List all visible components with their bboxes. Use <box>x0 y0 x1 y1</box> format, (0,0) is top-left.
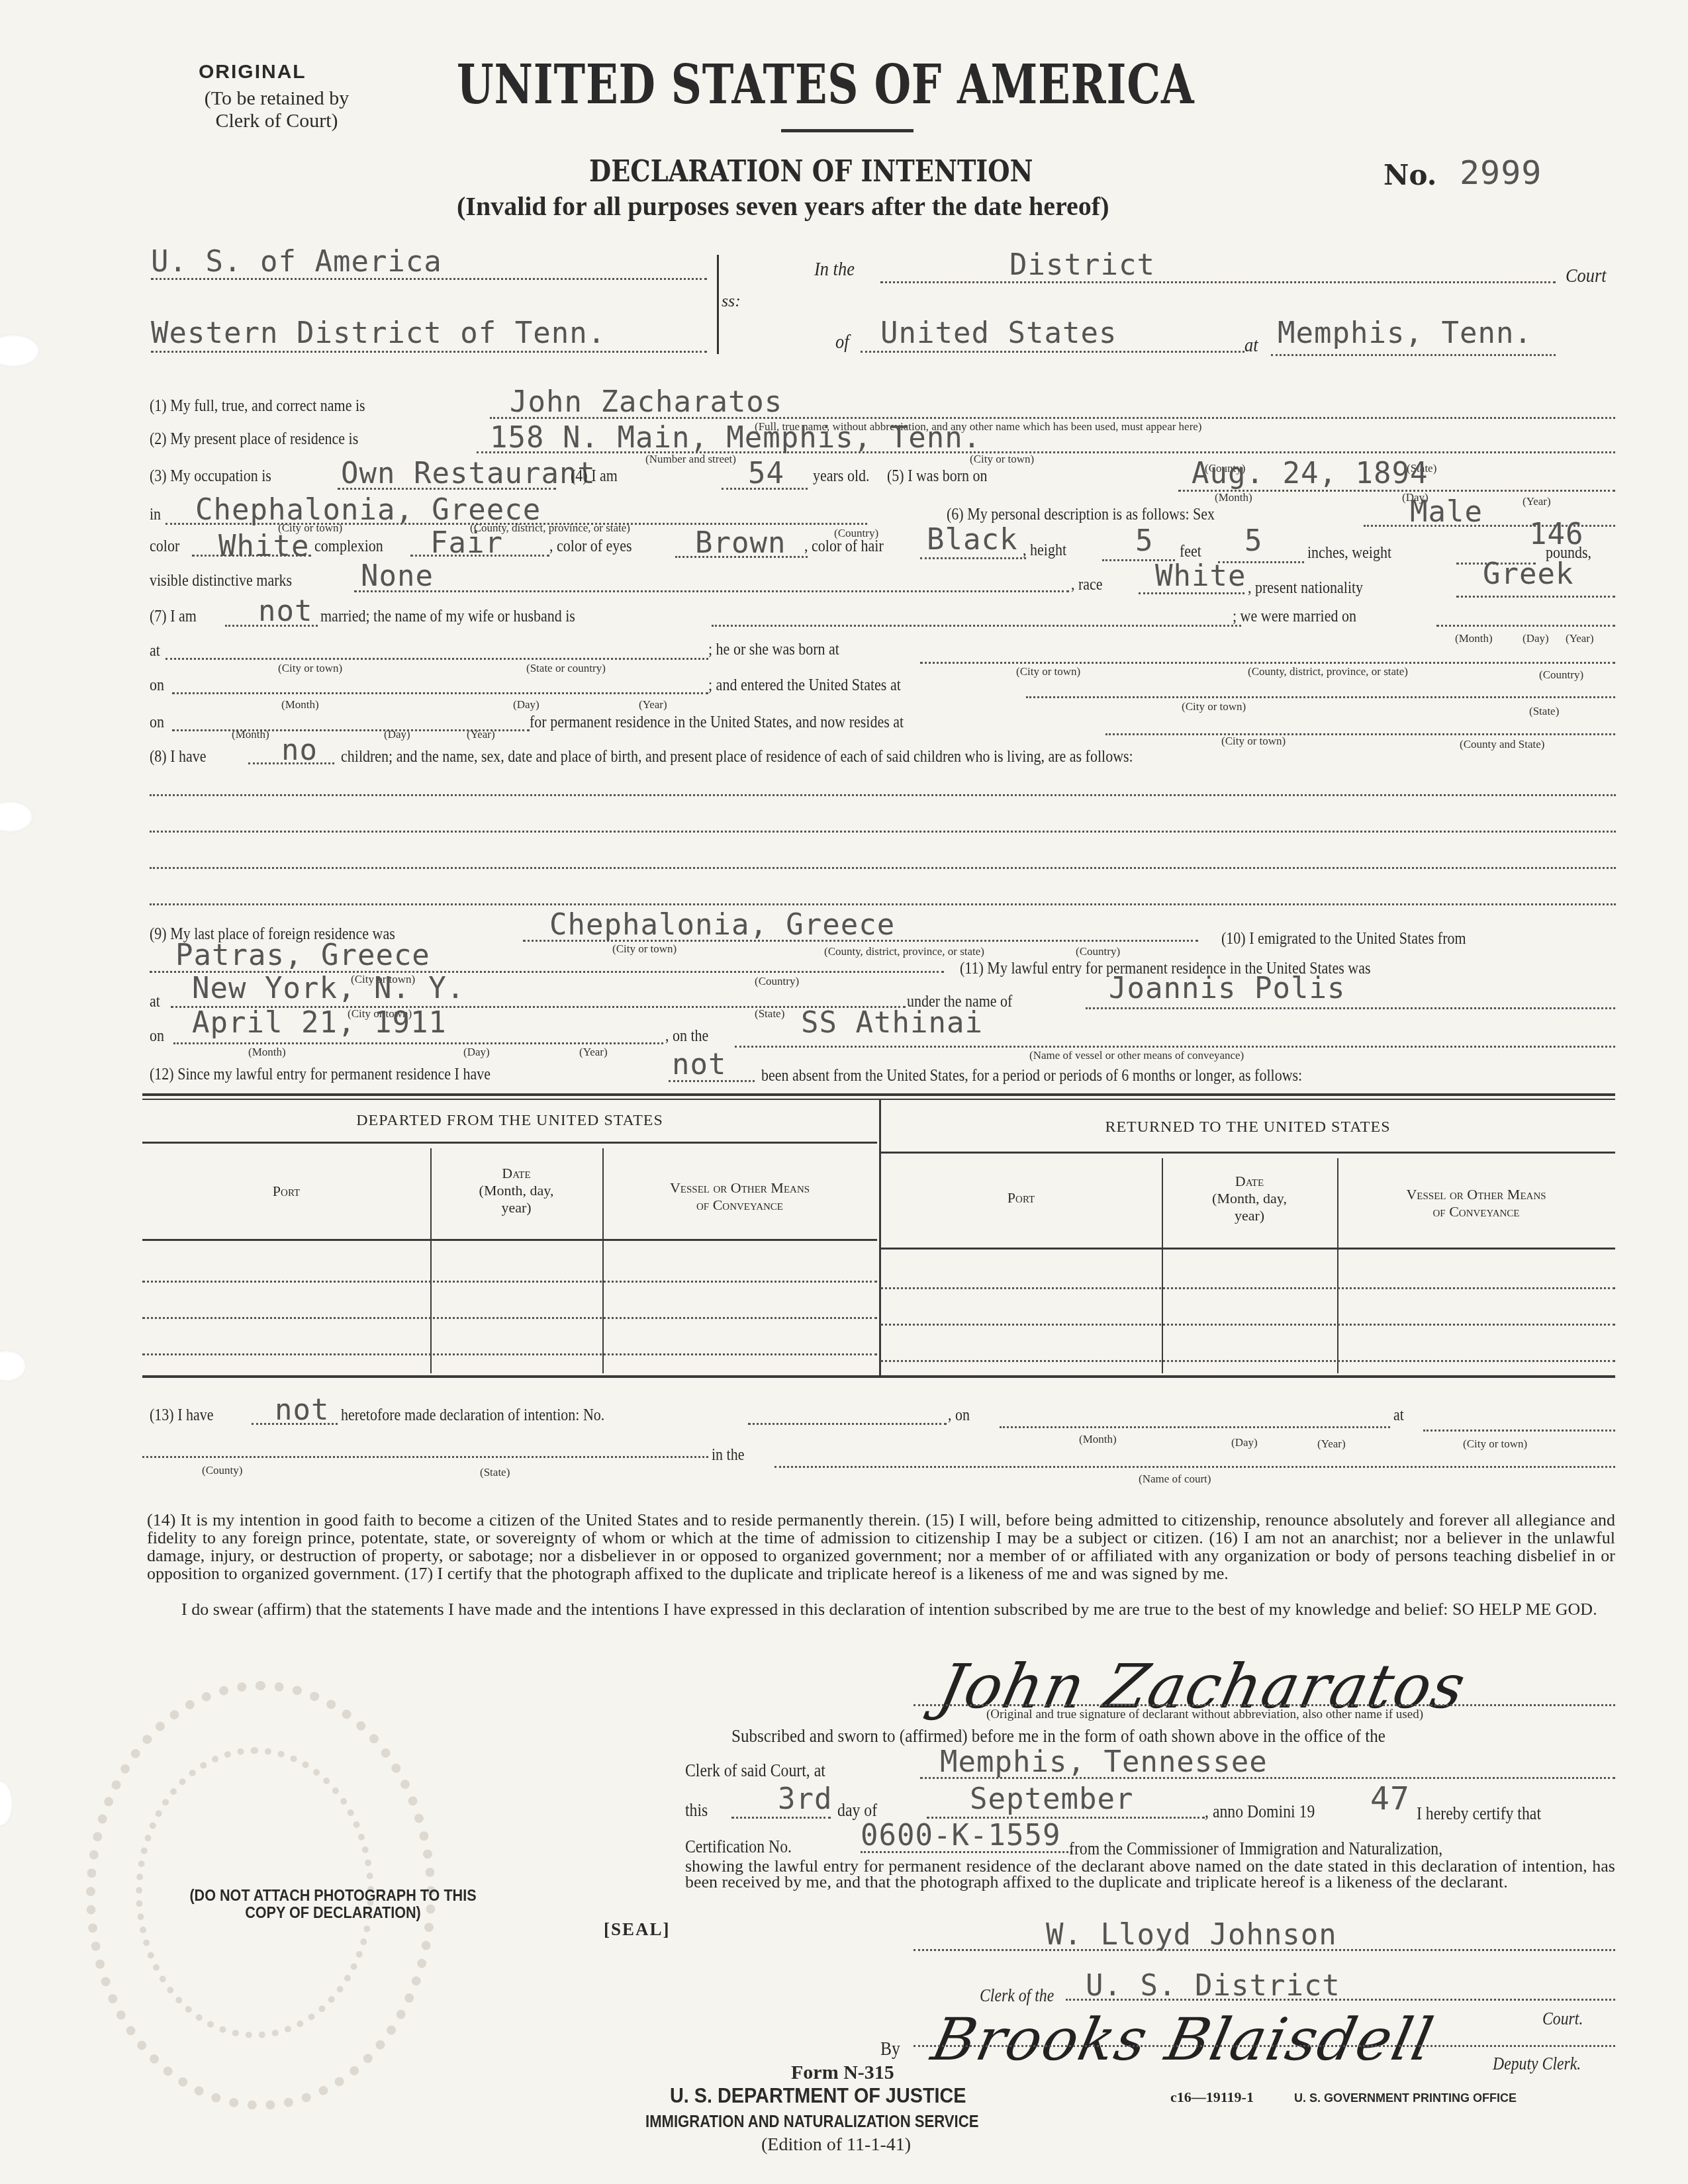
q8-label-b: children; and the name, sex, date and pl… <box>341 748 1133 766</box>
q13-caption-city: (City or town) <box>1463 1437 1527 1451</box>
q7-caption-year3: (Year) <box>467 728 495 741</box>
entry-vessel: SS Athinai <box>801 1006 983 1040</box>
q7-caption-month3: (Month) <box>232 728 269 741</box>
q13-in-the-label: in the <box>712 1446 745 1465</box>
q11-caption-state: (State) <box>755 1007 784 1021</box>
clerk-location: Memphis, Tennessee <box>940 1745 1268 1779</box>
complexion-label: complexion <box>314 537 383 556</box>
clerk-at-label: Clerk of said Court, at <box>685 1760 825 1781</box>
q7-caption-city2: (City or town) <box>1016 665 1080 678</box>
q7-caption-state1: (State or country) <box>526 662 606 675</box>
retained-note-line1: (To be retained by <box>151 87 402 110</box>
spouse-line <box>712 625 1241 627</box>
retained-note-line2: Clerk of Court) <box>151 110 402 132</box>
declaration-number: 2999 <box>1460 154 1542 192</box>
table-row[interactable] <box>880 1324 1615 1326</box>
vessel-header-line2: of Conveyance <box>1337 1203 1615 1220</box>
oath-paragraph: (14) It is my intention in good faith to… <box>147 1511 1615 1582</box>
venue-district: Western District of Tenn. <box>151 316 606 350</box>
spouse-residence-line <box>1105 733 1615 735</box>
q12-label-a: (12) Since my lawful entry for permanent… <box>150 1066 491 1084</box>
table-row[interactable] <box>880 1360 1615 1362</box>
full-name: John Zacharatos <box>510 385 782 419</box>
q4-line <box>722 488 808 490</box>
last-foreign-residence: Chephalonia, Greece <box>549 908 895 942</box>
q13-line <box>252 1423 338 1425</box>
q13-caption-day: (Day) <box>1231 1436 1258 1449</box>
photo-note-line2: COPY OF DECLARATION) <box>169 1905 497 1922</box>
q4-label: (4) I am <box>571 467 618 486</box>
q13-caption-county: (County) <box>202 1464 242 1477</box>
race-line <box>1139 592 1244 594</box>
q9-caption-country: (Country) <box>1076 945 1120 958</box>
retained-note: (To be retained by Clerk of Court) <box>151 87 402 132</box>
hair-color: Black <box>927 523 1017 557</box>
nationality-label: , present nationality <box>1248 579 1363 598</box>
oath-year: 47 <box>1370 1780 1410 1817</box>
clerk-court: U. S. District <box>1086 1969 1340 2003</box>
q11-at-label: at <box>150 993 160 1011</box>
entry-port: New York, N. Y. <box>192 972 465 1005</box>
q13-at-label: at <box>1393 1406 1404 1425</box>
venue-line <box>880 281 1556 283</box>
date-header-line1: Date <box>1162 1173 1337 1190</box>
prior-declaration-status: not <box>275 1393 329 1427</box>
table-col-rule <box>880 1248 1615 1250</box>
spouse-entry-date-line <box>172 692 708 694</box>
deputy-line <box>914 2045 1615 2047</box>
q9-caption-city: (City or town) <box>612 942 677 956</box>
q13-caption-month: (Month) <box>1079 1433 1117 1446</box>
hair-line <box>920 557 1026 559</box>
complexion-line <box>410 555 549 557</box>
q2-label: (2) My present place of residence is <box>150 430 358 449</box>
date-header-line3: year) <box>1162 1207 1337 1224</box>
spouse-birthplace-line <box>920 662 1615 664</box>
q12-label-b: been absent from the United States, for … <box>761 1067 1302 1085</box>
q7-line <box>225 625 318 627</box>
q3-line <box>338 488 556 490</box>
entry-vessel-line <box>735 1046 1615 1048</box>
inches-label: inches, weight <box>1307 544 1391 563</box>
q7-label-a: (7) I am <box>150 608 197 626</box>
table-row[interactable] <box>142 1353 877 1355</box>
q13-on-label: , on <box>948 1406 970 1425</box>
oath-month: September <box>970 1782 1133 1816</box>
edition: (Edition of 11-1-41) <box>761 2134 911 2156</box>
date-header-line1: Date <box>430 1165 602 1182</box>
prior-number-line <box>748 1423 947 1425</box>
departed-vessel-header: Vessel or Other Means of Conveyance <box>602 1179 877 1214</box>
by-label: By <box>880 2038 900 2060</box>
q4-suffix: years old. <box>813 467 870 486</box>
court-type: District <box>1009 248 1155 282</box>
returned-port-header: Port <box>880 1189 1162 1206</box>
children-line <box>150 867 1616 869</box>
subscribed-text: Subscribed and sworn to (affirmed) befor… <box>731 1726 1385 1747</box>
spouse-entry-place-line <box>1026 696 1615 698</box>
q7-label-b: married; the name of my wife or husband … <box>320 608 575 626</box>
q10-caption-country: (Country) <box>755 975 799 988</box>
venue-line <box>861 351 1244 353</box>
vessel-header-line2: of Conveyance <box>602 1197 877 1214</box>
marks-label: visible distinctive marks <box>150 572 292 590</box>
table-header-rule <box>880 1152 1615 1154</box>
q13-label-a: (13) I have <box>150 1406 214 1425</box>
print-code: c16—19119-1 <box>1170 2089 1254 2106</box>
eye-color: Brown <box>695 526 786 560</box>
prior-city-line <box>1423 1430 1615 1432</box>
table-bottom-rule <box>142 1375 1615 1378</box>
table-center-divider <box>879 1099 881 1377</box>
q5-label: (5) I was born on <box>887 467 988 486</box>
children-line <box>150 794 1616 796</box>
cert-text-2: showing the lawful entry for permanent r… <box>685 1858 1615 1890</box>
birthplace-label: in <box>150 506 161 524</box>
date-header-line3: year) <box>430 1199 602 1216</box>
returned-date-header: Date (Month, day, year) <box>1162 1173 1337 1224</box>
married-date-line <box>1436 625 1615 627</box>
date-header-line2: (Month, day, <box>430 1182 602 1199</box>
q1-label: (1) My full, true, and correct name is <box>150 397 365 416</box>
punch-hole <box>0 801 33 833</box>
signature-line <box>914 1704 1615 1706</box>
q12-line <box>669 1080 755 1082</box>
q2-caption-street: (Number and street) <box>645 453 736 466</box>
day-of-label: day of <box>837 1800 877 1821</box>
married-status: not <box>258 594 312 628</box>
q7-caption-month2: (Month) <box>281 698 319 711</box>
q11-caption-year: (Year) <box>579 1046 608 1059</box>
prior-county-line <box>142 1456 708 1458</box>
height-inches: 5 <box>1244 524 1263 558</box>
punch-hole <box>0 334 40 367</box>
q7-entered-label: ; and entered the United States at <box>708 676 901 695</box>
q7-on2-label: on <box>150 713 164 732</box>
punch-hole <box>0 1350 26 1382</box>
height-feet: 5 <box>1135 524 1154 558</box>
entry-name-line <box>1086 1007 1615 1009</box>
department: U. S. DEPARTMENT OF JUSTICE <box>670 2083 966 2108</box>
race-label: , race <box>1071 576 1103 594</box>
age: 54 <box>748 457 784 490</box>
table-row[interactable] <box>142 1317 877 1319</box>
q13-caption-year: (Year) <box>1317 1437 1346 1451</box>
q7-caption-day2: (Day) <box>513 698 539 711</box>
clerk-name-line <box>914 1949 1615 1951</box>
q11-vessel-caption: (Name of vessel or other means of convey… <box>1029 1049 1244 1062</box>
clerk-location-line <box>920 1777 1615 1779</box>
table-top-rule <box>142 1093 1615 1096</box>
original-label: ORIGINAL <box>199 61 306 83</box>
clerk-name: W. Lloyd Johnson <box>1046 1918 1337 1952</box>
q1-line <box>490 417 1615 419</box>
q11-caption-day: (Day) <box>463 1046 490 1059</box>
at-label: at <box>1244 334 1258 357</box>
date-header-line2: (Month, day, <box>1162 1190 1337 1207</box>
vessel-header-line1: Vessel or Other Means <box>1337 1186 1615 1203</box>
q7-caption-city1: (City or town) <box>278 662 342 675</box>
returned-vessel-header: Vessel or Other Means of Conveyance <box>1337 1186 1615 1220</box>
married-place-line <box>165 658 708 660</box>
departed-port-header: Port <box>142 1183 430 1200</box>
validity-note: (Invalid for all purposes seven years af… <box>457 191 1109 222</box>
certification-number: 0600-K-1559 <box>861 1819 1060 1852</box>
height-label: , height <box>1023 541 1066 560</box>
q9-line <box>523 940 1198 942</box>
q7-residence-label: for permanent residence in the United St… <box>530 713 904 732</box>
q8-line <box>248 762 334 764</box>
photo-note-line1: (DO NOT ATTACH PHOTOGRAPH TO THIS <box>169 1888 497 1905</box>
emigrated-from: Patras, Greece <box>175 938 430 972</box>
court-of: United States <box>880 316 1117 350</box>
q7-caption-state3: (State) <box>1529 705 1559 718</box>
nationality: Greek <box>1483 557 1573 591</box>
q7-at-label: at <box>150 642 160 660</box>
signature-caption: (Original and true signature of declaran… <box>986 1707 1423 1722</box>
this-label: this <box>685 1800 708 1821</box>
q11-caption-month: (Month) <box>248 1046 286 1059</box>
eyes-label: , color of eyes <box>549 537 632 556</box>
distinctive-marks: None <box>361 559 434 593</box>
sex: Male <box>1410 495 1483 529</box>
q7-caption-month: (Month) <box>1455 632 1493 645</box>
venue-line <box>1271 354 1556 356</box>
punch-hole <box>0 1780 13 1827</box>
form-number: Form N-315 <box>791 2062 894 2084</box>
absence-status: not <box>672 1048 726 1081</box>
q7-caption-county4: (County and State) <box>1460 738 1544 751</box>
court-location: Memphis, Tenn. <box>1278 316 1532 350</box>
q10-label: (10) I emigrated to the United States fr… <box>1221 930 1466 948</box>
q11-vessel-label: , on the <box>665 1027 708 1046</box>
q7-caption-year: (Year) <box>1566 632 1594 645</box>
certify-label: I hereby certify that <box>1417 1803 1541 1824</box>
occupation: Own Restaurant <box>341 457 596 490</box>
document-subtitle: DECLARATION OF INTENTION <box>589 154 1033 189</box>
prior-court-line <box>774 1466 1615 1468</box>
seal-label: [SEAL] <box>604 1919 671 1940</box>
entry-date: April 21, 1911 <box>192 1006 447 1040</box>
anno-label: , anno Domini 19 <box>1205 1801 1315 1822</box>
clerk-court-line <box>1066 1999 1615 2001</box>
q7-caption-day: (Day) <box>1523 632 1549 645</box>
q2-caption-city: (City or town) <box>970 453 1034 466</box>
race: White <box>1155 559 1246 593</box>
eyes-line <box>675 556 808 558</box>
court-suffix-label: Court. <box>1542 2009 1583 2029</box>
ss-label: ss: <box>722 291 741 311</box>
in-the-label: In the <box>814 258 855 281</box>
q7-caption-country2: (Country) <box>1539 668 1583 682</box>
q8-label-a: (8) I have <box>150 748 207 766</box>
feet-label: feet <box>1180 543 1201 561</box>
q9-caption-county: (County, district, province, or state) <box>824 945 984 958</box>
departed-header: DEPARTED FROM THE UNITED STATES <box>142 1112 877 1129</box>
deputy-clerk-label: Deputy Clerk. <box>1493 2054 1581 2074</box>
q7-caption-city4: (City or town) <box>1221 735 1286 748</box>
q6-label: (6) My personal description is as follow… <box>947 506 1215 524</box>
returned-header: RETURNED TO THE UNITED STATES <box>880 1118 1615 1136</box>
venue-line <box>151 278 707 280</box>
court-label: Court <box>1566 265 1607 287</box>
children-line <box>150 903 1616 905</box>
q7-caption-county2: (County, district, province, or state) <box>1248 665 1408 678</box>
q7-caption-city3: (City or town) <box>1182 700 1246 713</box>
table-row[interactable] <box>880 1287 1615 1289</box>
venue-line <box>151 351 707 353</box>
photo-note: (DO NOT ATTACH PHOTOGRAPH TO THIS COPY O… <box>169 1888 497 1922</box>
table-col-rule <box>142 1239 877 1241</box>
of-label: of <box>835 331 849 353</box>
q13-caption-state: (State) <box>480 1466 510 1479</box>
number-label: No. <box>1383 159 1436 191</box>
cert-no-label: Certification No. <box>685 1837 792 1857</box>
page-title: UNITED STATES OF AMERICA <box>457 53 1194 116</box>
nationality-line <box>1456 596 1615 598</box>
q5-caption-year: (Year) <box>1523 495 1551 508</box>
q11-on-label: on <box>150 1027 164 1046</box>
printer: U. S. GOVERNMENT PRINTING OFFICE <box>1294 2091 1517 2105</box>
marks-line <box>354 590 1069 592</box>
table-row[interactable] <box>142 1281 877 1283</box>
q7-born-label: ; he or she was born at <box>708 641 839 659</box>
deputy-clerk-signature: Brooks Blaisdell <box>926 2005 1440 2073</box>
q7-on-label: on <box>150 676 164 695</box>
entry-name: Joannis Polis <box>1109 972 1345 1005</box>
q13-label-b: heretofore made declaration of intention… <box>341 1406 604 1425</box>
birth-date: Aug. 24, 1894 <box>1192 457 1428 490</box>
title-rule <box>781 129 914 132</box>
clerk-of-label: Clerk of the <box>980 1985 1054 2006</box>
cert-no-line <box>861 1851 1072 1853</box>
q7-caption-day3: (Day) <box>384 728 410 741</box>
venue-country: U. S. of America <box>151 245 442 279</box>
q5-caption-month: (Month) <box>1215 491 1252 504</box>
entry-date-line <box>173 1042 663 1044</box>
color-line <box>192 555 311 557</box>
oath-day: 3rd <box>778 1782 832 1816</box>
q3-label: (3) My occupation is <box>150 467 271 486</box>
service: IMMIGRATION AND NATURALIZATION SERVICE <box>645 2111 978 2132</box>
table-header-rule <box>142 1142 877 1144</box>
vessel-header-line1: Vessel or Other Means <box>602 1179 877 1197</box>
venue-brace <box>712 255 719 354</box>
hair-label: , color of hair <box>804 537 884 556</box>
q7-label-c: ; we were married on <box>1233 608 1356 626</box>
color-label: color <box>150 537 179 556</box>
oath-swear: I do swear (affirm) that the statements … <box>147 1600 1615 1618</box>
children-line <box>150 831 1616 833</box>
color: White <box>218 529 309 563</box>
q7-caption-year2: (Year) <box>639 698 667 711</box>
prior-date-line <box>1000 1426 1390 1428</box>
day-line <box>731 1817 831 1819</box>
q13-caption-court: (Name of court) <box>1139 1473 1211 1486</box>
residence: 158 N. Main, Memphis, Tenn. <box>490 421 981 455</box>
departed-date-header: Date (Month, day, year) <box>430 1165 602 1216</box>
